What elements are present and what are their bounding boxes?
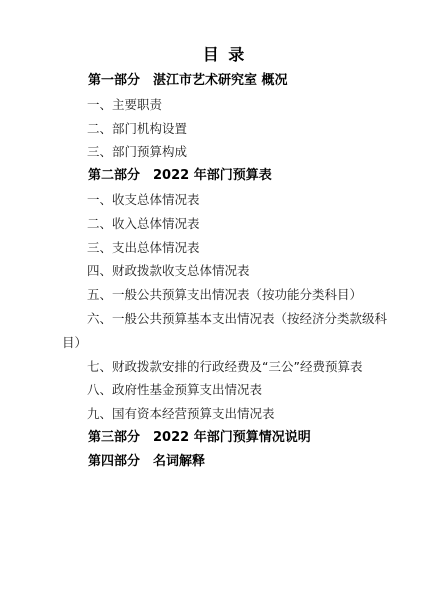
toc-content: 目 录 第一部分 湛江市艺术研究室 概况一、主要职责二、部门机构设置三、部门预算… <box>62 45 387 474</box>
toc-section-heading: 第四部分 名词解释 <box>62 450 387 474</box>
toc-section-heading: 第二部分 2022 年部门预算表 <box>62 164 387 188</box>
toc-entry: 一、收支总体情况表 <box>62 188 387 212</box>
toc-entry: 八、政府性基金预算支出情况表 <box>62 378 387 402</box>
toc-entry: 二、部门机构设置 <box>62 117 387 141</box>
toc-list: 第一部分 湛江市艺术研究室 概况一、主要职责二、部门机构设置三、部门预算构成第二… <box>62 69 387 474</box>
toc-entry: 五、一般公共预算支出情况表（按功能分类科目） <box>62 283 387 307</box>
toc-entry: 四、财政拨款收支总体情况表 <box>62 259 387 283</box>
toc-entry: 七、财政拨款安排的行政经费及“三公”经费预算表 <box>62 355 387 379</box>
page-title: 目 录 <box>62 45 387 65</box>
toc-entry: 三、支出总体情况表 <box>62 236 387 260</box>
toc-entry: 一、主要职责 <box>62 93 387 117</box>
toc-entry: 三、部门预算构成 <box>62 140 387 164</box>
toc-section-heading: 第一部分 湛江市艺术研究室 概况 <box>62 69 387 93</box>
toc-entry: 九、国有资本经营预算支出情况表 <box>62 402 387 426</box>
toc-entry: 六、一般公共预算基本支出情况表（按经济分类款级科目） <box>62 307 387 355</box>
toc-section-heading: 第三部分 2022 年部门预算情况说明 <box>62 426 387 450</box>
document-page: 目 录 第一部分 湛江市艺术研究室 概况一、主要职责二、部门机构设置三、部门预算… <box>0 0 447 592</box>
toc-entry: 二、收入总体情况表 <box>62 212 387 236</box>
